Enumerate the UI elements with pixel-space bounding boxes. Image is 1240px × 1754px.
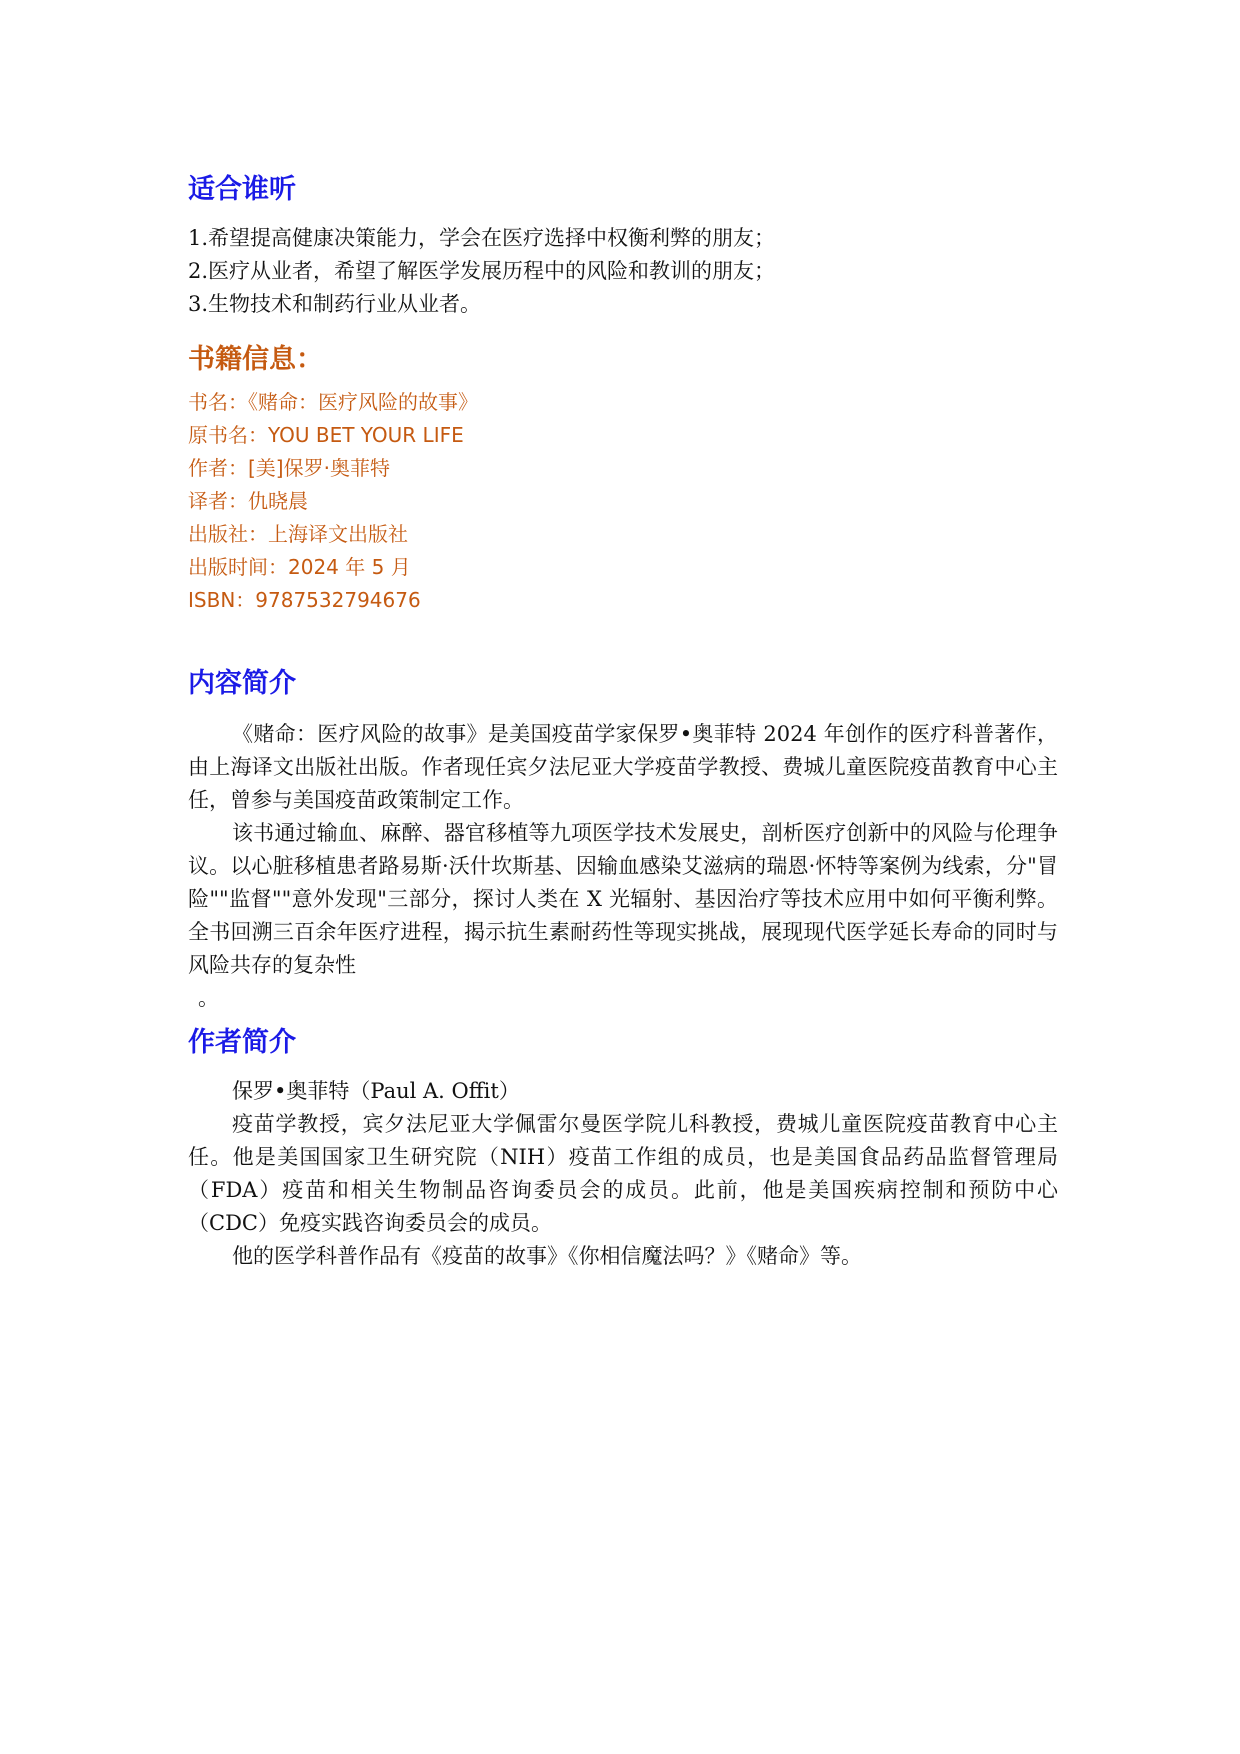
audience-item: 1.希望提高健康决策能力，学会在医疗选择中权衡利弊的朋友； <box>188 222 775 255</box>
author-heading: 作者简介 <box>188 1023 1058 1063</box>
audience-section: 适合谁听 1.希望提高健康决策能力，学会在医疗选择中权衡利弊的朋友； 2.医疗从… <box>188 170 775 321</box>
isbn-line: ISBN：9787532794676 <box>188 584 478 617</box>
book-info-heading: 书籍信息： <box>188 340 478 380</box>
summary-tail-punctuation: 。 <box>188 982 1058 1015</box>
author-bio-paragraph: 疫苗学教授，宾夕法尼亚大学佩雷尔曼医学院儿科教授，费城儿童医院疫苗教育中心主任。… <box>188 1108 1058 1240</box>
book-title-line: 书名：《赌命：医疗风险的故事》 <box>188 386 478 419</box>
book-info-section: 书籍信息： 书名：《赌命：医疗风险的故事》 原书名：YOU BET YOUR L… <box>188 340 478 617</box>
author-works-paragraph: 他的医学科普作品有《疫苗的故事》《你相信魔法吗？》《赌命》等。 <box>188 1240 1058 1273</box>
audience-item: 3.生物技术和制药行业从业者。 <box>188 288 775 321</box>
author-line: 作者：[美]保罗·奥菲特 <box>188 452 478 485</box>
summary-paragraph: 《赌命：医疗风险的故事》是美国疫苗学家保罗•奥菲特 2024 年创作的医疗科普著… <box>188 718 1058 817</box>
summary-heading: 内容简介 <box>188 664 1058 704</box>
translator-line: 译者：仇晓晨 <box>188 485 478 518</box>
publisher-line: 出版社：上海译文出版社 <box>188 518 478 551</box>
book-info-list: 书名：《赌命：医疗风险的故事》 原书名：YOU BET YOUR LIFE 作者… <box>188 386 478 617</box>
author-body: 保罗•奥菲特（Paul A. Offit） 疫苗学教授，宾夕法尼亚大学佩雷尔曼医… <box>188 1075 1058 1273</box>
original-title-line: 原书名：YOU BET YOUR LIFE <box>188 419 478 452</box>
publish-date-line: 出版时间：2024 年 5 月 <box>188 551 478 584</box>
audience-list: 1.希望提高健康决策能力，学会在医疗选择中权衡利弊的朋友； 2.医疗从业者，希望… <box>188 222 775 321</box>
audience-item: 2.医疗从业者，希望了解医学发展历程中的风险和教训的朋友； <box>188 255 775 288</box>
audience-heading: 适合谁听 <box>188 170 775 210</box>
summary-section: 内容简介 《赌命：医疗风险的故事》是美国疫苗学家保罗•奥菲特 2024 年创作的… <box>188 664 1058 1015</box>
summary-paragraph: 该书通过输血、麻醉、器官移植等九项医学技术发展史，剖析医疗创新中的风险与伦理争议… <box>188 817 1058 982</box>
author-section: 作者简介 保罗•奥菲特（Paul A. Offit） 疫苗学教授，宾夕法尼亚大学… <box>188 1023 1058 1273</box>
summary-body: 《赌命：医疗风险的故事》是美国疫苗学家保罗•奥菲特 2024 年创作的医疗科普著… <box>188 718 1058 1015</box>
author-name-line: 保罗•奥菲特（Paul A. Offit） <box>188 1075 1058 1108</box>
